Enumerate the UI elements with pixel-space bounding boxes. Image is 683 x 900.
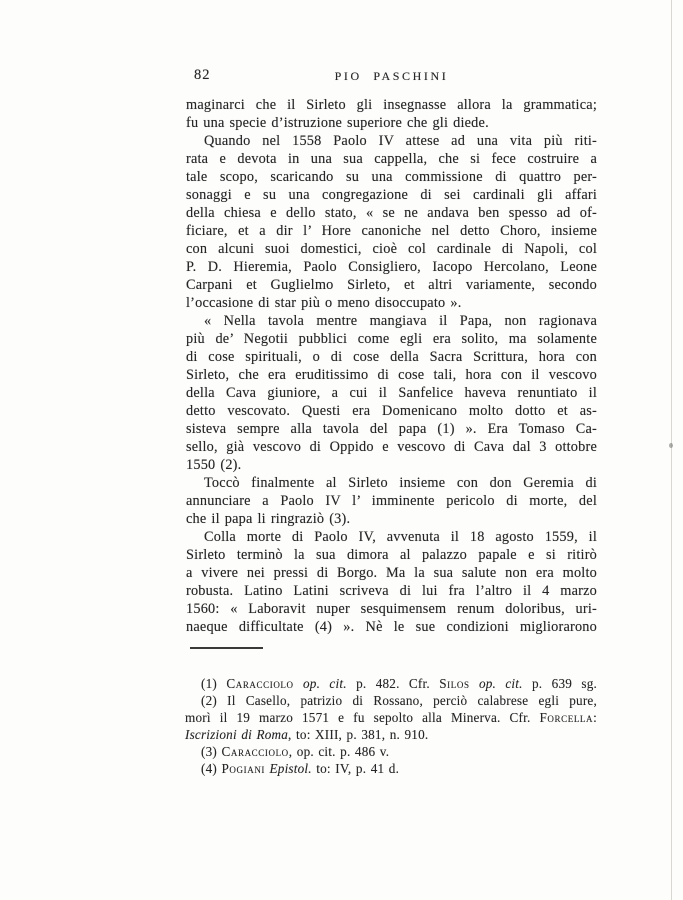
text-line: Sirleto terminò la sua dimora al palazzo… [186, 546, 597, 564]
text-line: Colla morte di Paolo IV, avvenuta il 18 … [186, 528, 597, 546]
footnote-line: Iscrizioni di Roma, to: XIII, p. 381, n.… [185, 726, 597, 743]
text-line: Toccò finalmente al Sirleto insieme con … [186, 474, 597, 492]
text-line: tale scopo, scaricando su una commission… [186, 168, 597, 186]
footnote-line: (3) Caracciolo, op. cit. p. 486 v. [185, 743, 597, 760]
running-title: PIO PASCHINI [186, 69, 597, 84]
text-line: più de’ Negotii pubblici come egli era s… [186, 330, 597, 348]
footnote-line: (4) Pogiani Epistol. to: IV, p. 41 d. [185, 760, 597, 777]
text-line: 1550 (2). [186, 456, 597, 474]
text-line: Sirleto, che era eruditissimo di cose ta… [186, 366, 597, 384]
footnote-line: (2) Il Casello, patrizio di Rossano, per… [185, 692, 597, 709]
text-line: naeque difficultate (4) ». Nè le sue con… [186, 618, 597, 636]
text-line: sonaggi e su una congregazione di sei ca… [186, 186, 597, 204]
text-line: Quando nel 1558 Paolo IV attese ad una v… [186, 132, 597, 150]
scan-speck [669, 443, 673, 448]
text-line: della chiesa e dello stato, « se ne anda… [186, 204, 597, 222]
footnote-line: morì il 19 marzo 1571 e fu sepolto alla … [185, 709, 597, 726]
text-line: ficiare, et a dir l’ Hore canoniche nel … [186, 222, 597, 240]
text-line: fu una specie d’istruzione superiore che… [186, 114, 597, 132]
text-line: « Nella tavola mentre mangiava il Papa, … [186, 312, 597, 330]
scanned-book-page: 82 PIO PASCHINI maginarci che il Sirleto… [0, 0, 683, 900]
footnote-line: (1) Caracciolo op. cit. p. 482. Cfr. Sil… [185, 675, 597, 692]
text-line: a vivere nei pressi di Borgo. Ma la sua … [186, 564, 597, 582]
text-line: sisteva sempre alla tavola del papa (1) … [186, 420, 597, 438]
text-line: detto vescovato. Questi era Domenicano m… [186, 402, 597, 420]
text-line: 1560: « Laboravit nuper sesquimensem ren… [186, 600, 597, 618]
page-header: 82 PIO PASCHINI [186, 66, 597, 84]
footnote-separator-rule [190, 647, 263, 649]
text-line: maginarci che il Sirleto gli insegnasse … [186, 96, 597, 114]
body-text: maginarci che il Sirleto gli insegnasse … [186, 96, 597, 636]
text-line: annunciare a Paolo IV l’ imminente peric… [186, 492, 597, 510]
text-line: della Cava giuniore, a cui il Sanfelice … [186, 384, 597, 402]
scan-edge-line [671, 0, 672, 900]
text-line: P. D. Hieremia, Paolo Consigliero, Iacop… [186, 258, 597, 276]
text-line: l’occasione di star più o meno disoccupa… [186, 294, 597, 312]
text-line: che il papa li ringraziò (3). [186, 510, 597, 528]
text-line: di cose spirituali, o di cose della Sacr… [186, 348, 597, 366]
text-line: robusta. Latino Latini scriveva di lui f… [186, 582, 597, 600]
text-line: Carpani et Guglielmo Sirleto, et altri v… [186, 276, 597, 294]
footnotes: (1) Caracciolo op. cit. p. 482. Cfr. Sil… [185, 675, 597, 777]
text-line: rata e devota in una sua cappella, che s… [186, 150, 597, 168]
text-line: sello, già vescovo di Oppido e vescovo d… [186, 438, 597, 456]
text-line: con alcuni suoi domestici, cioè col card… [186, 240, 597, 258]
